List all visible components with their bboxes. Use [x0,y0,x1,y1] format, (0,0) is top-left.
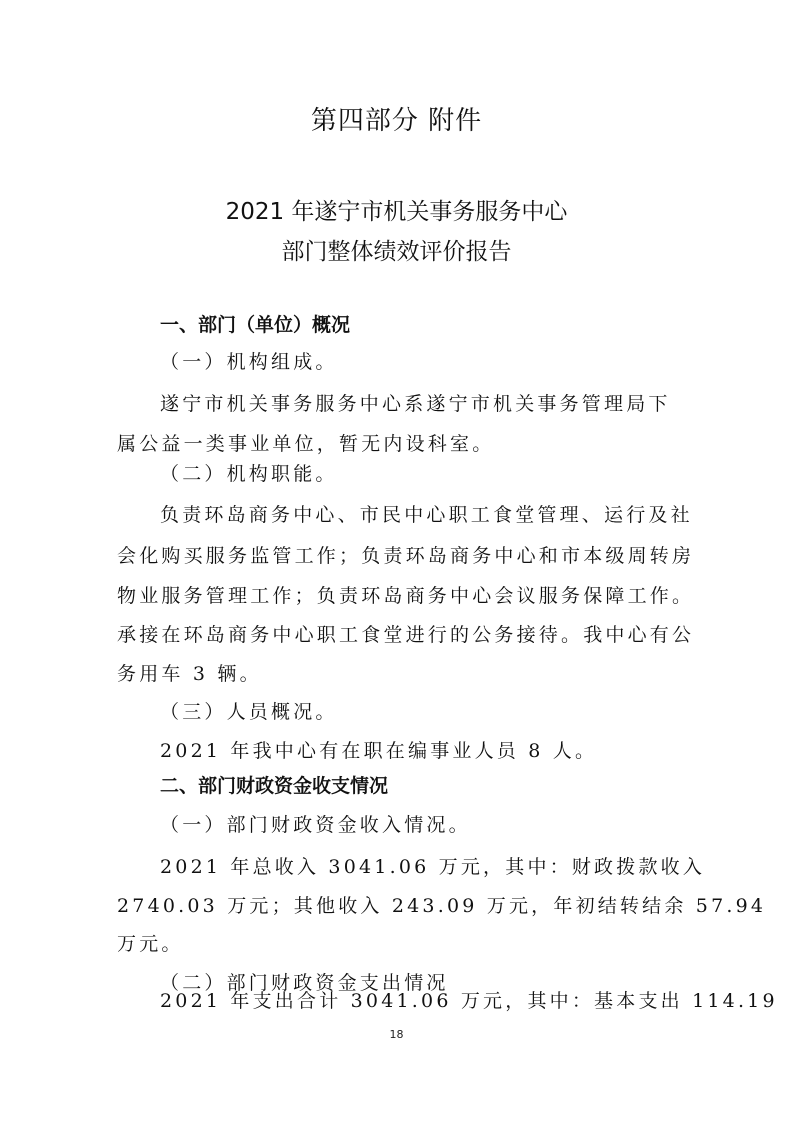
paragraph-line: 2021 年支出合计 3041.06 万元，其中：基本支出 114.19 [160,986,778,1013]
section-heading-finance: 二、部门财政资金收支情况 [160,771,388,798]
subsection-heading-composition: （一）机构组成。 [160,347,338,374]
paragraph-line: 属公益一类事业单位，暂无内设科室。 [117,429,494,456]
document-page: 第四部分 附件 2021 年遂宁市机关事务服务中心 部门整体绩效评价报告 一、部… [0,0,793,1122]
subsection-heading-functions: （二）机构职能。 [160,459,338,486]
report-title-line-1: 2021 年遂宁市机关事务服务中心 [0,193,793,226]
paragraph-line: 遂宁市机关事务服务中心系遂宁市机关事务管理局下 [160,389,671,416]
paragraph-line: 万元。 [117,929,184,956]
paragraph-line: 会化购买服务监管工作；负责环岛商务中心和市本级周转房 [117,541,694,568]
section-heading-overview: 一、部门（单位）概况 [160,310,350,337]
paragraph-line: 负责环岛商务中心、市民中心职工食堂管理、运行及社 [160,500,693,527]
paragraph-line: 承接在环岛商务中心职工食堂进行的公务接待。我中心有公 [117,620,694,647]
subsection-heading-personnel: （三）人员概况。 [160,697,338,724]
paragraph-line: 物业服务管理工作；负责环岛商务中心会议服务保障工作。 [117,581,694,608]
subsection-heading-income: （一）部门财政资金收入情况。 [160,810,471,837]
paragraph-line: 2740.03 万元；其他收入 243.09 万元，年初结转结余 57.94 [117,891,766,918]
report-title-line-2: 部门整体绩效评价报告 [0,233,793,266]
paragraph-line: 2021 年我中心有在职在编事业人员 8 人。 [160,736,597,763]
paragraph-line: 务用车 3 辆。 [117,659,262,686]
part-title: 第四部分 附件 [0,100,793,137]
paragraph-line: 2021 年总收入 3041.06 万元，其中：财政拨款收入 [160,852,705,879]
page-number: 18 [0,1028,793,1041]
